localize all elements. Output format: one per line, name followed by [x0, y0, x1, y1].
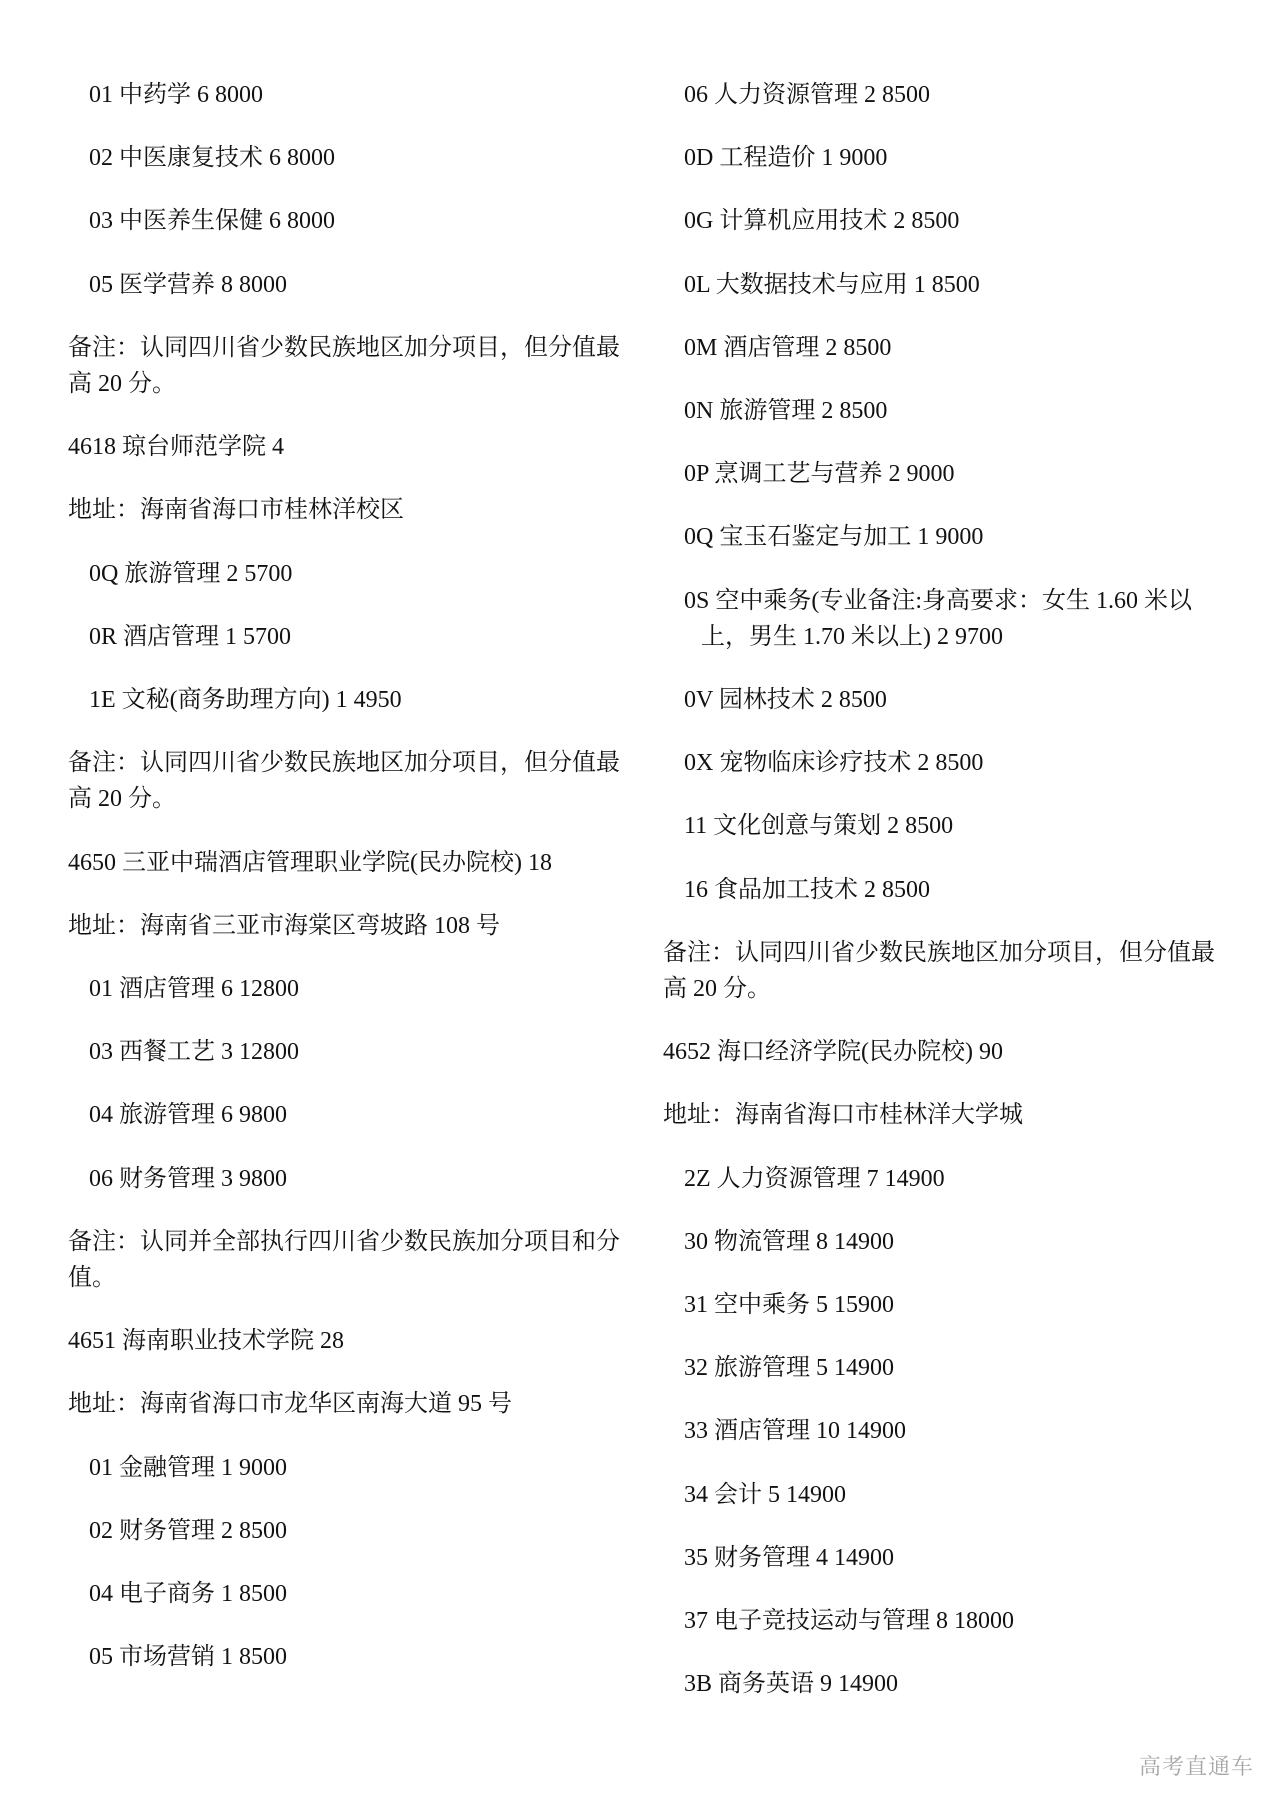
- program-line: 0Q 宝玉石鉴定与加工 1 9000: [663, 519, 1215, 555]
- program-line: 02 财务管理 2 8500: [68, 1513, 620, 1549]
- program-line: 0G 计算机应用技术 2 8500: [663, 203, 1215, 239]
- program-line: 34 会计 5 14900: [663, 1477, 1215, 1513]
- program-line: 0D 工程造价 1 9000: [663, 140, 1215, 176]
- program-line: 02 中医康复技术 6 8000: [68, 140, 620, 176]
- college-header-line: 4652 海口经济学院(民办院校) 90: [663, 1034, 1215, 1070]
- document-page: 01 中药学 6 8000 02 中医康复技术 6 8000 03 中医养生保健…: [0, 0, 1280, 1810]
- program-line: 31 空中乘务 5 15900: [663, 1287, 1215, 1323]
- program-line: 01 金融管理 1 9000: [68, 1450, 620, 1486]
- program-line: 0N 旅游管理 2 8500: [663, 393, 1215, 429]
- address-line: 地址：海南省海口市桂林洋大学城: [663, 1097, 1215, 1133]
- program-line: 04 旅游管理 6 9800: [68, 1097, 620, 1133]
- address-line: 地址：海南省海口市桂林洋校区: [68, 492, 620, 528]
- program-line: 35 财务管理 4 14900: [663, 1540, 1215, 1576]
- program-line: 03 中医养生保健 6 8000: [68, 203, 620, 239]
- program-line: 33 酒店管理 10 14900: [663, 1413, 1215, 1449]
- college-header-line: 4650 三亚中瑞酒店管理职业学院(民办院校) 18: [68, 845, 620, 881]
- program-line: 11 文化创意与策划 2 8500: [663, 808, 1215, 844]
- program-line: 1E 文秘(商务助理方向) 1 4950: [68, 682, 620, 718]
- program-line: 05 医学营养 8 8000: [68, 267, 620, 303]
- program-line: 01 中药学 6 8000: [68, 77, 620, 113]
- program-line: 3B 商务英语 9 14900: [663, 1666, 1215, 1702]
- program-line: 05 市场营销 1 8500: [68, 1639, 620, 1675]
- program-line: 30 物流管理 8 14900: [663, 1224, 1215, 1260]
- program-line: 37 电子竞技运动与管理 8 18000: [663, 1603, 1215, 1639]
- college-header-line: 4618 琼台师范学院 4: [68, 429, 620, 465]
- note-line: 备注：认同四川省少数民族地区加分项目，但分值最 高 20 分。: [663, 935, 1215, 1007]
- program-line: 06 人力资源管理 2 8500: [663, 77, 1215, 113]
- program-line: 0V 园林技术 2 8500: [663, 682, 1215, 718]
- program-line: 01 酒店管理 6 12800: [68, 971, 620, 1007]
- program-line: 32 旅游管理 5 14900: [663, 1350, 1215, 1386]
- left-column: 01 中药学 6 8000 02 中医康复技术 6 8000 03 中医养生保健…: [68, 77, 620, 1702]
- program-line: 0R 酒店管理 1 5700: [68, 619, 620, 655]
- address-line: 地址：海南省海口市龙华区南海大道 95 号: [68, 1386, 620, 1422]
- program-line: 06 财务管理 3 9800: [68, 1161, 620, 1197]
- program-line: 0P 烹调工艺与营养 2 9000: [663, 456, 1215, 492]
- program-line: 16 食品加工技术 2 8500: [663, 872, 1215, 908]
- note-line: 备注：认同四川省少数民族地区加分项目，但分值最 高 20 分。: [68, 745, 620, 817]
- program-line: 0S 空中乘务(专业备注:身高要求：女生 1.60 米以 上，男生 1.70 米…: [663, 583, 1215, 655]
- program-line: 04 电子商务 1 8500: [68, 1576, 620, 1612]
- program-line: 03 西餐工艺 3 12800: [68, 1034, 620, 1070]
- program-line: 0L 大数据技术与应用 1 8500: [663, 267, 1215, 303]
- program-line: 0M 酒店管理 2 8500: [663, 330, 1215, 366]
- address-line: 地址：海南省三亚市海棠区弯坡路 108 号: [68, 908, 620, 944]
- program-line: 0X 宠物临床诊疗技术 2 8500: [663, 745, 1215, 781]
- note-line: 备注：认同四川省少数民族地区加分项目，但分值最 高 20 分。: [68, 330, 620, 402]
- right-column: 06 人力资源管理 2 8500 0D 工程造价 1 9000 0G 计算机应用…: [663, 77, 1215, 1729]
- college-header-line: 4651 海南职业技术学院 28: [68, 1323, 620, 1359]
- note-line: 备注：认同并全部执行四川省少数民族加分项目和分 值。: [68, 1224, 620, 1296]
- watermark: 高考直通车: [1139, 1755, 1254, 1779]
- program-line: 0Q 旅游管理 2 5700: [68, 556, 620, 592]
- program-line: 2Z 人力资源管理 7 14900: [663, 1161, 1215, 1197]
